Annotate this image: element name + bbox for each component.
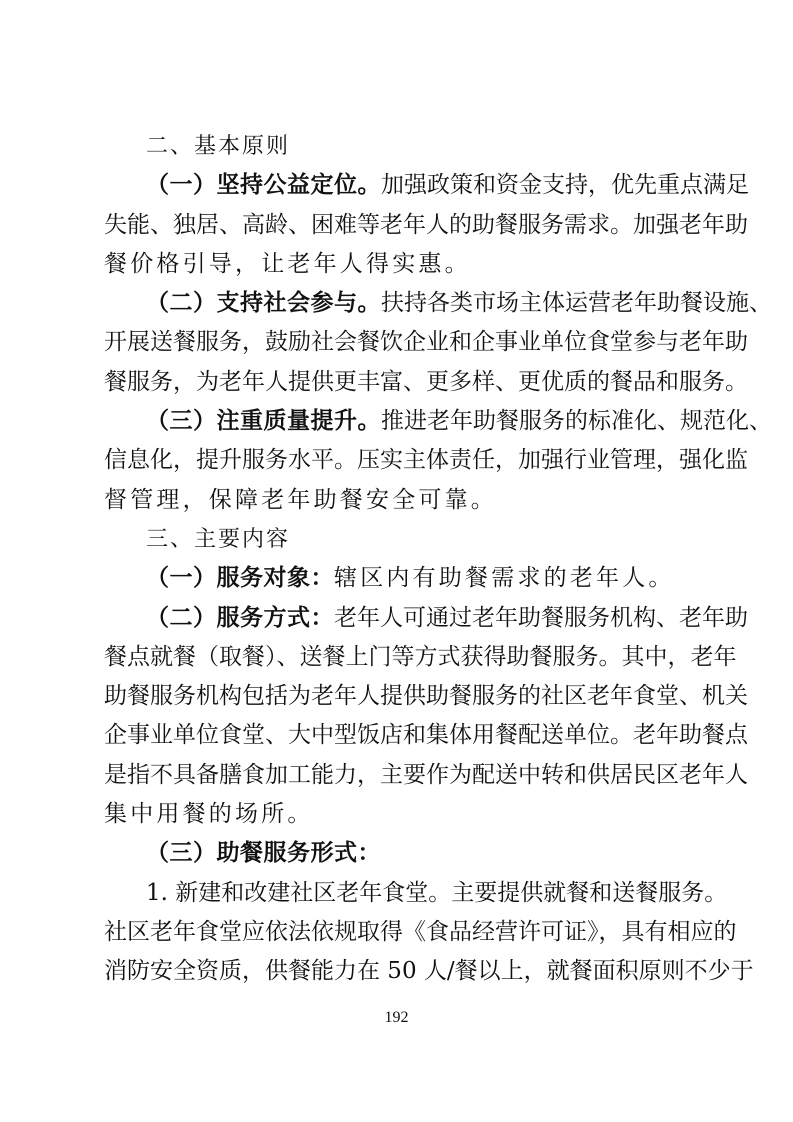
paragraph-line: 信息化，提升服务水平。压实主体责任，加强行业管理，强化监 xyxy=(104,441,690,480)
paragraph-line: （二）支持社会参与。扶持各类市场主体运营老年助餐设施、 xyxy=(104,284,690,323)
paragraph-line: （一）坚持公益定位。加强政策和资金支持，优先重点满足 xyxy=(104,166,690,205)
paragraph-line: 餐点就餐（取餐）、送餐上门等方式获得助餐服务。其中，老年 xyxy=(104,638,690,677)
paragraph-text: 扶持各类市场主体运营老年助餐设施、 xyxy=(381,290,772,316)
paragraph-line: （三）注重质量提升。推进老年助餐服务的标准化、规范化、 xyxy=(104,402,690,441)
document-page: 二、基本原则 （一）坚持公益定位。加强政策和资金支持，优先重点满足 失能、独居、… xyxy=(104,127,690,992)
section-heading: 二、基本原则 xyxy=(104,127,690,166)
paragraph-lead: （三）助餐服务形式： xyxy=(146,840,381,866)
paragraph-lead: （二）服务方式： xyxy=(146,605,334,631)
paragraph-line: （三）助餐服务形式： xyxy=(104,834,690,873)
paragraph-lead: （三）注重质量提升。 xyxy=(146,408,381,434)
paragraph-line: 失能、独居、高龄、困难等老年人的助餐服务需求。加强老年助 xyxy=(104,206,690,245)
paragraph-text: 加强政策和资金支持，优先重点满足 xyxy=(381,172,749,198)
paragraph-text: 推进老年助餐服务的标准化、规范化、 xyxy=(381,408,772,434)
paragraph-line: 社区老年食堂应依法依规取得《食品经营许可证》，具有相应的 xyxy=(104,913,690,952)
page-number: 192 xyxy=(0,1009,793,1027)
paragraph-line: 助餐服务机构包括为老年人提供助餐服务的社区老年食堂、机关 xyxy=(104,677,690,716)
paragraph-line: 集中用餐的场所。 xyxy=(104,795,690,834)
paragraph-line: 督管理，保障老年助餐安全可靠。 xyxy=(104,481,690,520)
paragraph-line: 1. 新建和改建社区老年食堂。主要提供就餐和送餐服务。 xyxy=(104,874,690,913)
paragraph-text: 老年人可通过老年助餐服务机构、老年助 xyxy=(334,605,748,631)
paragraph-line: 开展送餐服务，鼓励社会餐饮企业和企事业单位食堂参与老年助 xyxy=(104,323,690,362)
section-heading: 三、主要内容 xyxy=(104,520,690,559)
paragraph-lead: （一）服务对象： xyxy=(146,565,334,591)
paragraph-lead: （二）支持社会参与。 xyxy=(146,290,381,316)
paragraph-line: 餐价格引导，让老年人得实惠。 xyxy=(104,245,690,284)
paragraph-line: （二）服务方式：老年人可通过老年助餐服务机构、老年助 xyxy=(104,599,690,638)
paragraph-line: （一）服务对象：辖区内有助餐需求的老年人。 xyxy=(104,559,690,598)
paragraph-line: 是指不具备膳食加工能力，主要作为配送中转和供居民区老年人 xyxy=(104,756,690,795)
paragraph-line: 企事业单位食堂、大中型饭店和集体用餐配送单位。老年助餐点 xyxy=(104,716,690,755)
paragraph-line: 餐服务，为老年人提供更丰富、更多样、更优质的餐品和服务。 xyxy=(104,363,690,402)
paragraph-text: 辖区内有助餐需求的老年人。 xyxy=(334,565,675,591)
paragraph-lead: （一）坚持公益定位。 xyxy=(146,172,381,198)
paragraph-line: 消防安全资质，供餐能力在 50 人/餐以上，就餐面积原则不少于 xyxy=(104,952,690,991)
